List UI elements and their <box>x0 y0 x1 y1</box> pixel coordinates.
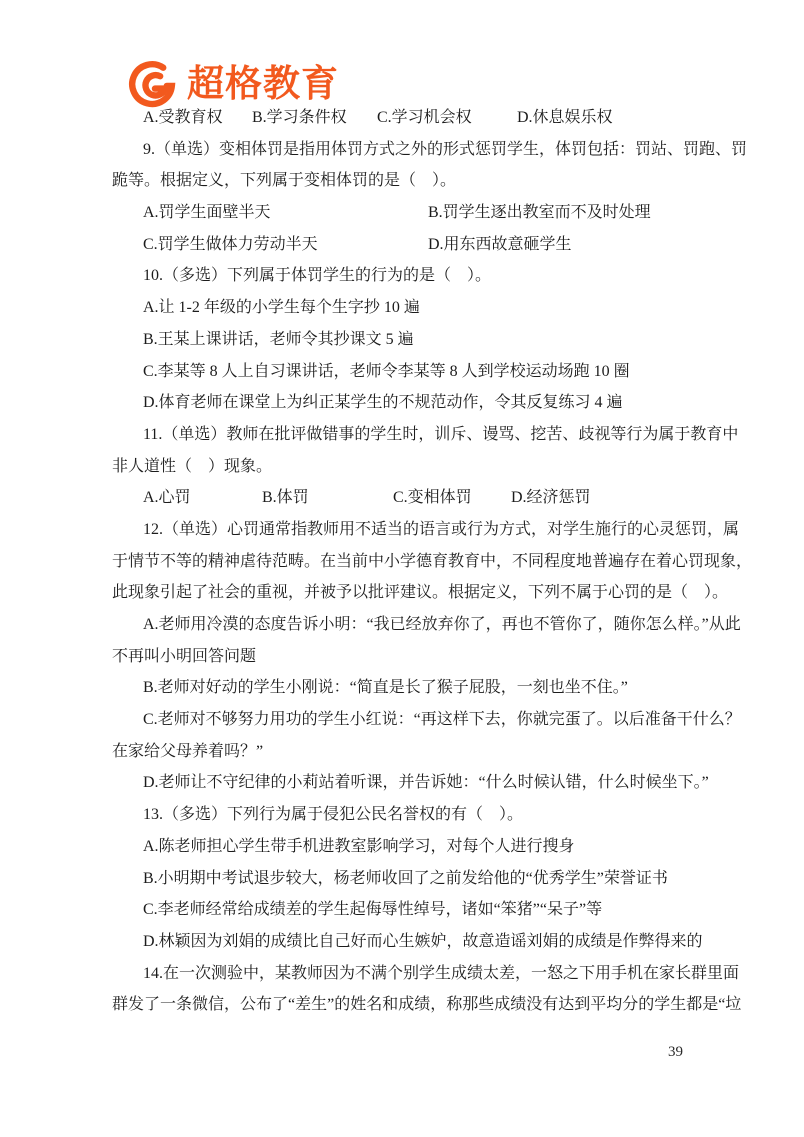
q10-option-a: A.让 1-2 年级的小学生每个生字抄 10 遍 <box>112 292 697 324</box>
document-page: 超格教育 A.受教育权 B.学习条件权 C.学习机会权 D.休息娱乐权 9.（单… <box>0 0 804 1137</box>
q10-option-b: B.王某上课讲话，老师令其抄课文 5 遍 <box>112 324 697 356</box>
q11-option-a: A.心罚 <box>143 482 191 514</box>
q9-stem-line1: 9.（单选）变相体罚是指用体罚方式之外的形式惩罚学生，体罚包括：罚站、罚跑、罚 <box>112 134 697 166</box>
q9-option-b: B.罚学生逐出教室而不及时处理 <box>428 197 651 229</box>
page-number: 39 <box>668 1044 708 1061</box>
q11-option-b: B.体罚 <box>262 482 309 514</box>
q10-option-c: C.李某等 8 人上自习课讲话，老师令李某等 8 人到学校运动场跑 10 圈 <box>112 356 697 388</box>
q8-options-row: A.受教育权 B.学习条件权 C.学习机会权 D.休息娱乐权 <box>112 102 697 134</box>
q12-option-c-line1: C.老师对不够努力用功的学生小红说：“再这样下去，你就完蛋了。以后准备干什么？ <box>112 704 697 736</box>
q13-option-a: A.陈老师担心学生带手机进教室影响学习，对每个人进行搜身 <box>112 831 697 863</box>
q14-stem-line1: 14.在一次测验中，某教师因为不满个别学生成绩太差，一怒之下用手机在家长群里面 <box>112 958 697 990</box>
q8-option-c: C.学习机会权 <box>377 102 472 134</box>
q8-option-b: B.学习条件权 <box>252 102 347 134</box>
q13-stem: 13.（多选）下列行为属于侵犯公民名誉权的有（ ）。 <box>112 799 697 831</box>
q12-option-d: D.老师让不守纪律的小莉站着听课，并告诉她：“什么时候认错，什么时候坐下。” <box>112 767 697 799</box>
q13-option-c: C.李老师经常给成绩差的学生起侮辱性绰号，诸如“笨猪”“呆子”等 <box>112 894 697 926</box>
q12-stem-line2: 于情节不等的精神虐待范畴。在当前中小学德育教育中，不同程度地普遍存在着心罚现象， <box>112 546 697 578</box>
q12-stem-line3: 此现象引起了社会的重视，并被予以批评建议。根据定义，下列不属于心罚的是（ ）。 <box>112 577 697 609</box>
q10-stem: 10.（多选）下列属于体罚学生的行为的是（ ）。 <box>112 260 697 292</box>
q14-stem-line2: 群发了一条微信，公布了“差生”的姓名和成绩，称那些成绩没有达到平均分的学生都是“… <box>112 989 697 1021</box>
q12-option-a-line1: A.老师用冷漠的态度告诉小明：“我已经放弃你了，再也不管你了，随你怎么样。”从此 <box>112 609 697 641</box>
q11-stem-line1: 11.（单选）教师在批评做错事的学生时，训斥、谩骂、挖苦、歧视等行为属于教育中 <box>112 419 697 451</box>
q9-option-a: A.罚学生面壁半天 <box>143 197 271 229</box>
q11-options-row: A.心罚 B.体罚 C.变相体罚 D.经济惩罚 <box>112 482 697 514</box>
q12-stem-line1: 12.（单选）心罚通常指教师用不适当的语言或行为方式，对学生施行的心灵惩罚，属 <box>112 514 697 546</box>
q9-options-row-ab: A.罚学生面壁半天 B.罚学生逐出教室而不及时处理 <box>112 197 697 229</box>
q12-option-b: B.老师对好动的学生小刚说：“简直是长了猴子屁股，一刻也坐不住。” <box>112 672 697 704</box>
q12-option-c-line2: 在家给父母养着吗？” <box>112 736 697 768</box>
q9-options-row-cd: C.罚学生做体力劳动半天 D.用东西故意砸学生 <box>112 229 697 261</box>
q9-option-c: C.罚学生做体力劳动半天 <box>143 229 318 261</box>
exam-text-body: A.受教育权 B.学习条件权 C.学习机会权 D.休息娱乐权 9.（单选）变相体… <box>112 102 697 1021</box>
q8-option-a: A.受教育权 <box>143 102 223 134</box>
q9-option-d: D.用东西故意砸学生 <box>428 229 572 261</box>
q9-stem-line2: 跪等。根据定义，下列属于变相体罚的是（ ）。 <box>112 165 697 197</box>
q11-option-c: C.变相体罚 <box>393 482 472 514</box>
q10-option-d: D.体育老师在课堂上为纠正某学生的不规范动作，令其反复练习 4 遍 <box>112 387 697 419</box>
q11-stem-line2: 非人道性（ ）现象。 <box>112 451 697 483</box>
q8-option-d: D.休息娱乐权 <box>517 102 613 134</box>
q12-option-a-line2: 不再叫小明回答问题 <box>112 641 697 673</box>
q11-option-d: D.经济惩罚 <box>511 482 591 514</box>
q13-option-b: B.小明期中考试退步较大，杨老师收回了之前发给他的“优秀学生”荣誉证书 <box>112 863 697 895</box>
q13-option-d: D.林颖因为刘娟的成绩比自己好而心生嫉妒，故意造谣刘娟的成绩是作弊得来的 <box>112 926 697 958</box>
